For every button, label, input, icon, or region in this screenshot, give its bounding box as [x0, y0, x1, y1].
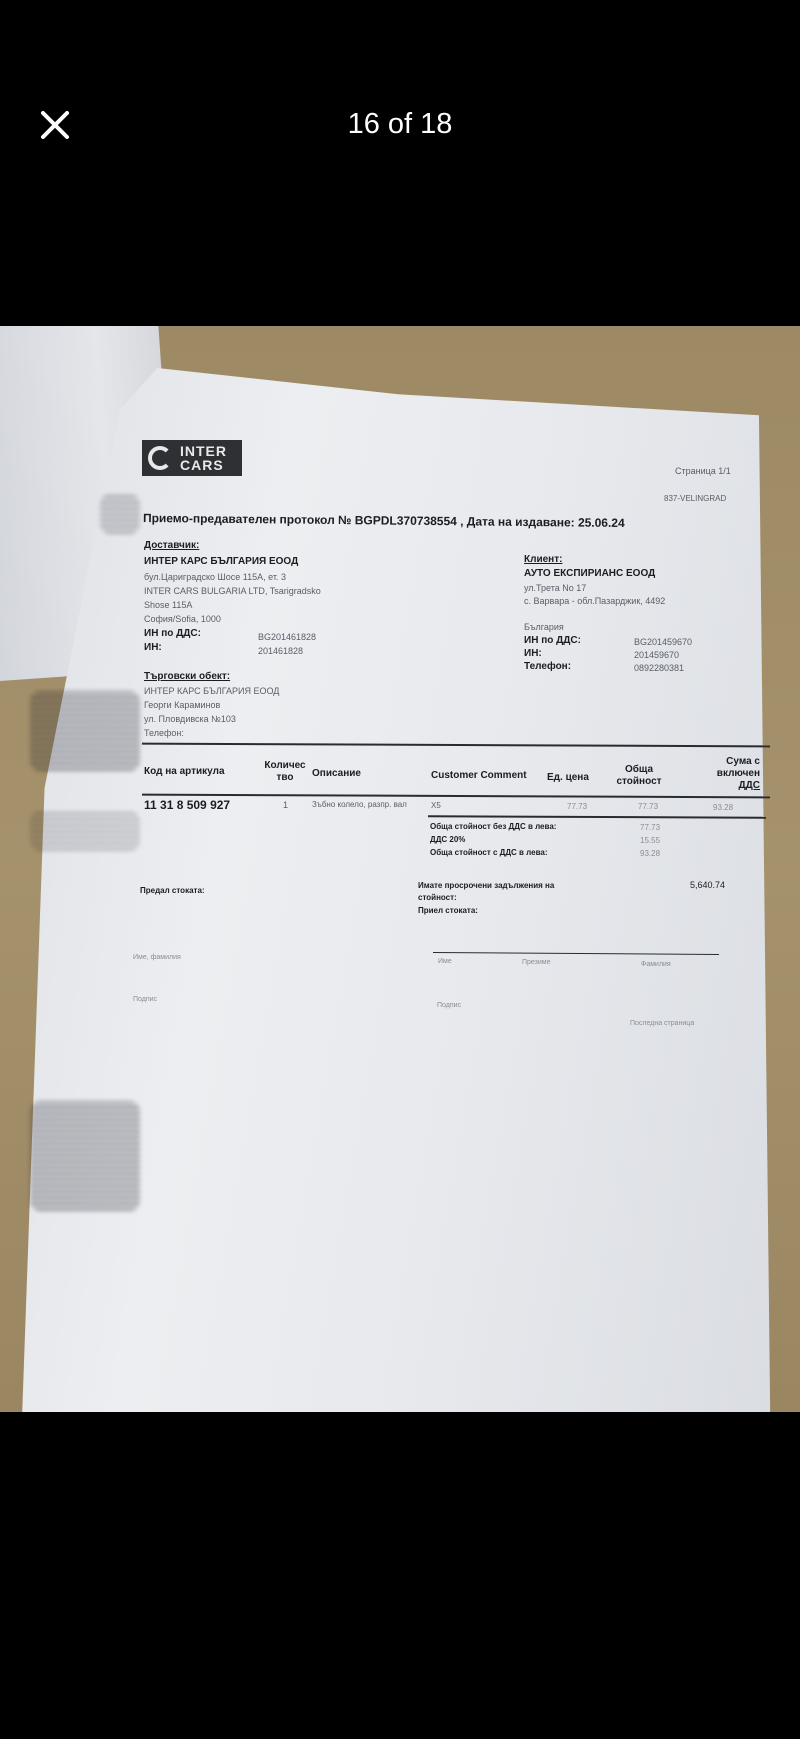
client-address: с. Варвара - обл.Пазарджик, 4492	[524, 596, 665, 606]
document-title: Приемо-предавателен протокол № BGPDL3707…	[143, 511, 625, 530]
client-country: България	[524, 622, 564, 632]
totals-rule	[428, 815, 766, 818]
client-id-label: ИН:	[524, 648, 542, 659]
column-header-sum-with-vat: Сума с включен ДДС	[690, 756, 760, 792]
vat-value: 15.55	[640, 836, 660, 845]
row-code: 11 31 8 509 927	[144, 798, 230, 812]
column-header-unit-price: Ед. цена	[547, 772, 589, 783]
row-description: Зъбно колело, разпр. вал	[312, 800, 407, 809]
supplier-name: ИНТЕР КАРС БЪЛГАРИЯ ЕООД	[144, 556, 298, 567]
supplier-id-label: ИН:	[144, 642, 162, 653]
store-phone-label: Телефон:	[144, 728, 184, 738]
row-comment: X5	[431, 801, 441, 810]
right-name-label: Име	[438, 958, 452, 965]
inter-cars-logo: INTER CARS	[142, 440, 242, 476]
received-label: Приел стоката:	[418, 906, 478, 915]
branch-label: 837-VELINGRAD	[664, 494, 726, 503]
gross-total-value: 93.28	[640, 849, 660, 858]
left-signature-label: Подпис	[133, 996, 157, 1003]
overdue-label-2: стойност:	[418, 893, 457, 902]
supplier-city: София/Sofia, 1000	[144, 614, 221, 624]
row-qty: 1	[283, 800, 288, 810]
vat-label: ДДС 20%	[430, 835, 465, 844]
net-total-label: Обща стойност без ДДС в лева:	[430, 822, 556, 831]
supplier-address: Shose 115A	[144, 600, 192, 610]
right-surname-label: Фамилия	[641, 961, 671, 968]
client-address: ул.Трета No 17	[524, 583, 586, 593]
client-phone-value: 0892280381	[634, 663, 684, 673]
left-name-label: Име, фамилия	[133, 954, 181, 961]
right-middle-name-label: Презиме	[522, 959, 551, 966]
client-heading: Клиент:	[524, 554, 562, 565]
client-vat-label: ИН по ДДС:	[524, 635, 581, 646]
delivery-protocol: INTER CARS Страница 1/1 837-VELINGRAD Пр…	[0, 326, 800, 1412]
supplier-vat-label: ИН по ДДС:	[144, 628, 201, 639]
row-unit-price: 77.73	[567, 802, 587, 811]
client-vat-value: BG201459670	[634, 637, 692, 647]
viewer-top-bar: 16 of 18	[0, 0, 800, 290]
supplier-id-value: 201461828	[258, 646, 303, 656]
store-address: ул. Пловдивска №103	[144, 714, 236, 724]
image-counter: 16 of 18	[0, 108, 800, 141]
supplier-heading: Доставчик:	[144, 540, 199, 551]
store-person: Георги Караминов	[144, 700, 220, 710]
document-photo: INTER CARS Страница 1/1 837-VELINGRAD Пр…	[0, 326, 800, 1412]
store-heading: Търговски обект:	[144, 671, 230, 682]
client-phone-label: Телефон:	[524, 661, 571, 672]
overdue-label: Имате просрочени задължения на	[418, 881, 554, 890]
column-header-comment: Customer Comment	[431, 770, 527, 781]
page-label: Страница 1/1	[675, 466, 731, 476]
client-id-value: 201459670	[634, 650, 679, 660]
row-total: 77.73	[638, 802, 658, 811]
supplier-address: бул.Цариградско Шосе 115А, ет. 3	[144, 572, 286, 582]
store-name: ИНТЕР КАРС БЪЛГАРИЯ ЕООД	[144, 686, 279, 696]
overdue-value: 5,640.74	[690, 880, 725, 890]
supplier-address: INTER CARS BULGARIA LTD, Tsarigradsko	[144, 586, 321, 596]
logo-icon	[148, 446, 172, 470]
table-top-rule	[142, 743, 770, 748]
column-header-qty: Количес тво	[260, 760, 310, 784]
viewer-bottom-bar	[0, 1412, 800, 1739]
table-header-rule	[142, 794, 770, 799]
column-header-description: Описание	[312, 768, 361, 779]
right-signature-label: Подпис	[437, 1002, 461, 1009]
supplier-vat-value: BG201461828	[258, 632, 316, 642]
net-total-value: 77.73	[640, 823, 660, 832]
handed-over-label: Предал стоката:	[140, 886, 205, 895]
column-header-total: Обща стойност	[608, 764, 670, 788]
row-sum-with-vat: 93.28	[713, 803, 733, 812]
signature-line	[433, 952, 719, 955]
last-page-label: Последна страница	[630, 1020, 694, 1027]
client-name: АУТО ЕКСПИРИАНС ЕООД	[524, 568, 655, 579]
gross-total-label: Обща стойност с ДДС в лева:	[430, 848, 548, 857]
column-header-code: Код на артикула	[144, 766, 225, 777]
